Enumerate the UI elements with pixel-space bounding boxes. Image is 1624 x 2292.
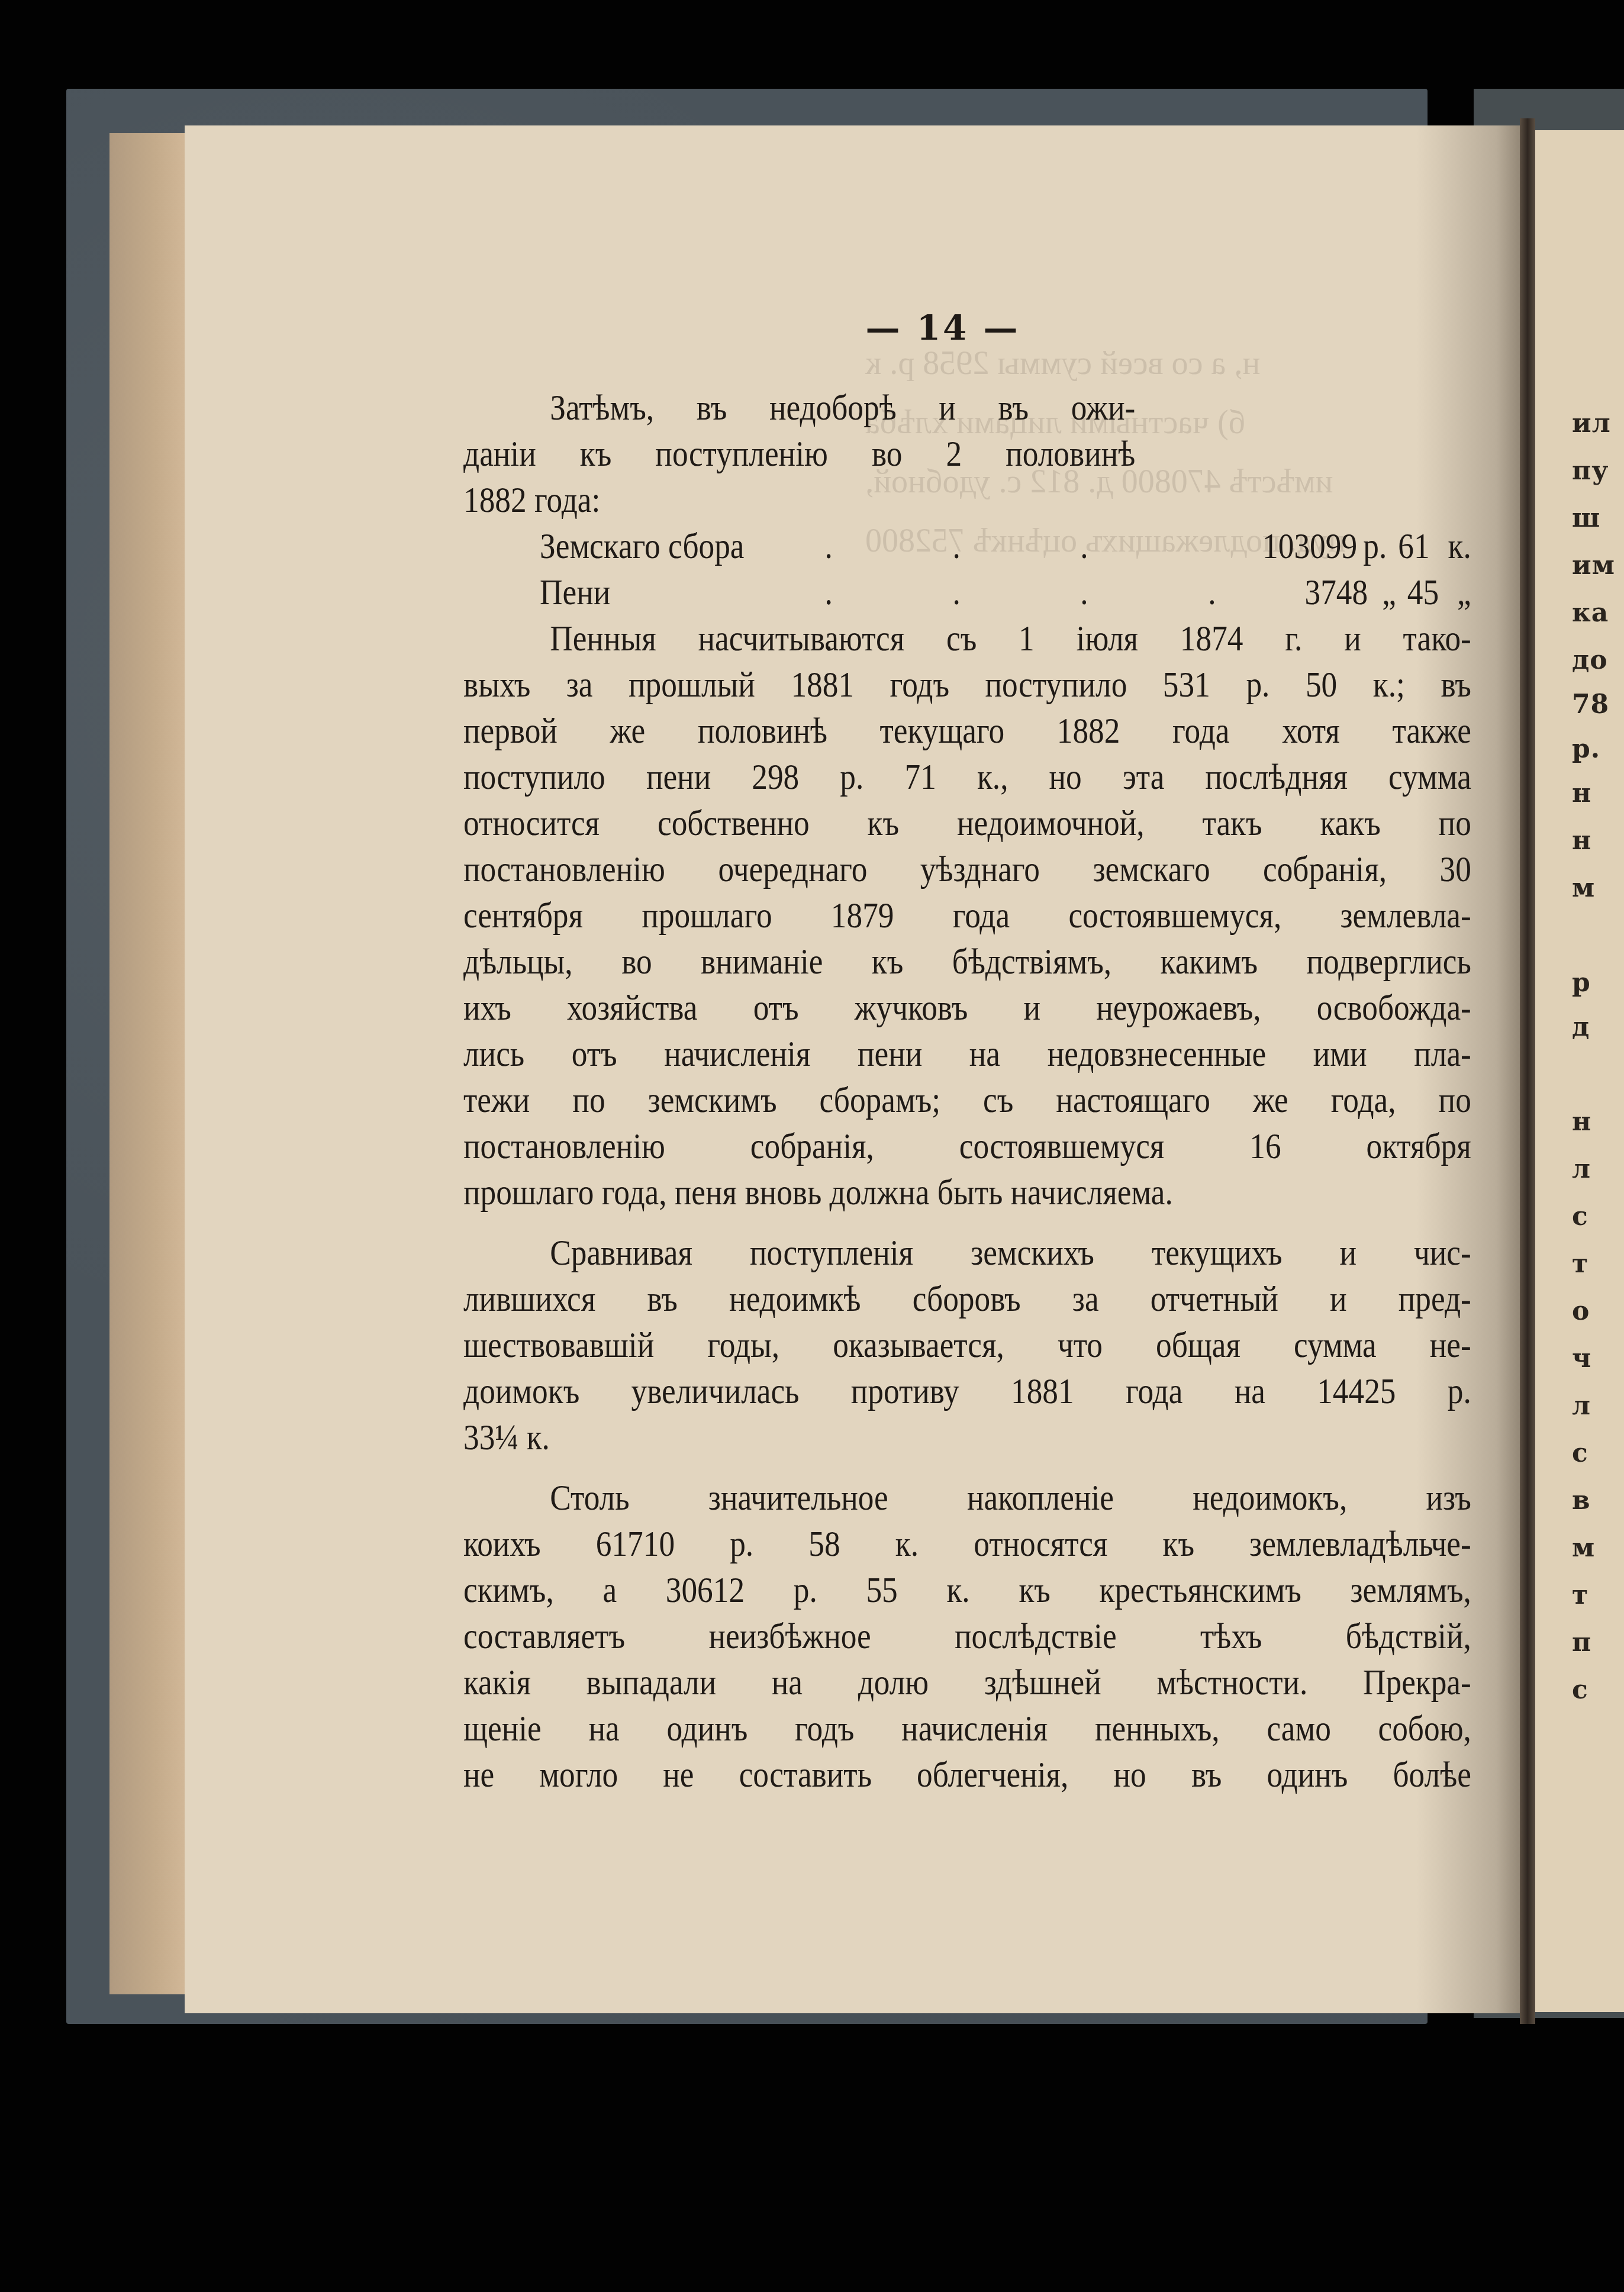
text-line: поступило пени 298 р. 71 к., но эта посл… <box>463 754 1471 800</box>
row-label: Земскаго сбора <box>540 523 825 569</box>
text-line: Пенныя насчитываются съ 1 іюля 1874 г. и… <box>463 615 1471 662</box>
row-amount: 3748 <box>1305 569 1368 615</box>
text-line: первой же половинѣ текущаго 1882 года хо… <box>463 708 1471 754</box>
text-line: составляетъ неизбѣжное послѣдствіе тѣхъ … <box>463 1613 1471 1659</box>
endpaper-strip <box>109 133 186 1994</box>
next-page-fragment: н <box>1572 1107 1591 1137</box>
paragraph-comparison: Сравнивая поступленія земскихъ текущихъ … <box>463 1230 1470 1461</box>
next-page-fragment: до <box>1572 645 1608 675</box>
text-line: выхъ за прошлый 1881 годъ поступило 531 … <box>463 662 1471 708</box>
paragraph-gap <box>463 1216 1470 1230</box>
next-page-fragment: м <box>1572 1533 1595 1563</box>
text-line: постановленію собранія, состоявшемуся 16… <box>463 1123 1471 1169</box>
text-line: постановленію очереднаго уѣзднаго земска… <box>463 846 1471 892</box>
text-line: даніи къ поступленію во 2 половинѣ <box>463 431 1135 477</box>
next-page-fragment: н <box>1572 778 1591 808</box>
text-line: 1882 года: <box>463 477 1135 523</box>
book-scan: н, а со всей суммы 2958 р. к б) частными… <box>0 0 1624 2292</box>
text-line: Столь значительное накопленіе недоимокъ,… <box>463 1475 1471 1521</box>
intro-block: Затѣмъ, въ недоборѣ и въ ожи- даніи къ п… <box>463 385 1470 523</box>
row-rub: „ <box>1382 569 1396 615</box>
text-line: относится собственно къ недоимочной, так… <box>463 800 1471 846</box>
text-line: лившихся въ недоимкѣ сборовъ за отчетный… <box>463 1276 1471 1322</box>
text-line: Затѣмъ, въ недоборѣ и въ ожи- <box>463 385 1135 431</box>
next-page-fragment: в <box>1572 1485 1591 1516</box>
next-page-fragment: с <box>1572 1201 1588 1232</box>
paragraph-gap <box>463 1461 1470 1475</box>
next-page-fragment: им <box>1572 550 1615 581</box>
next-page-fragment: д <box>1572 1012 1590 1042</box>
next-page-fragment: ил <box>1572 408 1611 439</box>
row-label: Пени <box>540 569 825 615</box>
text-line: не могло не составить облегченія, но въ … <box>463 1752 1471 1798</box>
paragraph-penalties: Пенныя насчитываются съ 1 іюля 1874 г. и… <box>463 615 1470 1216</box>
row-amount: 103099 <box>1262 523 1357 569</box>
table-row: Земскаго сбора . . . . 103099 р. 61 к. <box>463 523 1471 569</box>
next-page-fragment: м <box>1572 873 1595 903</box>
next-page-fragment: ш <box>1572 503 1600 533</box>
paragraph-accumulation: Столь значительное накопленіе недоимокъ,… <box>463 1475 1470 1798</box>
next-page-fragment: п <box>1572 1627 1591 1658</box>
next-page-fragment: ка <box>1572 598 1609 628</box>
next-page-edge: ил пу ш им ка до 78 р. н н м р д н л с т… <box>1535 130 1624 2012</box>
next-page-fragment: р. <box>1572 734 1600 764</box>
next-page-fragment: ч <box>1572 1343 1591 1374</box>
text-line: какія выпадали на долю здѣшней мѣстности… <box>463 1659 1471 1706</box>
text-line: щеніе на одинъ годъ начисленія пенныхъ, … <box>463 1706 1471 1752</box>
text-line: сентября прошлаго 1879 года состоявшемус… <box>463 892 1471 939</box>
next-page-fragment: т <box>1572 1249 1588 1279</box>
next-page-fragment: л <box>1572 1154 1591 1184</box>
next-page-fragment: л <box>1572 1391 1591 1421</box>
row-rub: р. <box>1363 523 1387 569</box>
text-line: 33¼ к. <box>463 1414 1471 1461</box>
next-page-fragment: пу <box>1572 456 1609 486</box>
text-line: дѣльцы, во вниманіе къ бѣдствіямъ, каким… <box>463 939 1471 985</box>
page-text: — 14 — Затѣмъ, въ недоборѣ и въ ожи- дан… <box>463 308 1470 1798</box>
text-line: скимъ, а 30612 р. 55 к. къ крестьянскимъ… <box>463 1567 1471 1613</box>
text-line: ихъ хозяйства отъ жучковъ и неурожаевъ, … <box>463 985 1471 1031</box>
text-line: коихъ 61710 р. 58 к. относятся къ землев… <box>463 1521 1471 1567</box>
spine-gutter <box>1520 118 1535 2024</box>
next-page-fragment: с <box>1572 1438 1588 1468</box>
text-line: доимокъ увеличилась противу 1881 года на… <box>463 1368 1471 1414</box>
next-page-fragment: н <box>1572 826 1591 856</box>
next-page-fragment: о <box>1572 1296 1590 1326</box>
table-row: Пени . . . . . 3748 „ 45 „ <box>463 569 1471 615</box>
next-page-fragment: 78 <box>1572 689 1609 720</box>
next-page-fragment: р <box>1572 968 1591 998</box>
next-page-fragment: т <box>1572 1580 1588 1610</box>
arrears-table: Земскаго сбора . . . . 103099 р. 61 к. П… <box>463 523 1470 615</box>
text-line: прошлаго года, пеня вновь должна быть на… <box>463 1169 1471 1216</box>
row-unit: к. <box>1448 523 1471 569</box>
page-number: — 14 — <box>440 308 1446 348</box>
row-kop: 45 <box>1407 569 1439 615</box>
text-line: шествовавшій годы, оказывается, что обща… <box>463 1322 1471 1368</box>
row-kop: 61 <box>1398 523 1429 569</box>
text-line: лись отъ начисленія пени на недовзнесенн… <box>463 1031 1471 1077</box>
row-unit: „ <box>1457 569 1471 615</box>
next-page-fragment: с <box>1572 1675 1588 1705</box>
text-line: Сравнивая поступленія земскихъ текущихъ … <box>463 1230 1471 1276</box>
text-line: тежи по земскимъ сборамъ; съ настоящаго … <box>463 1077 1471 1123</box>
